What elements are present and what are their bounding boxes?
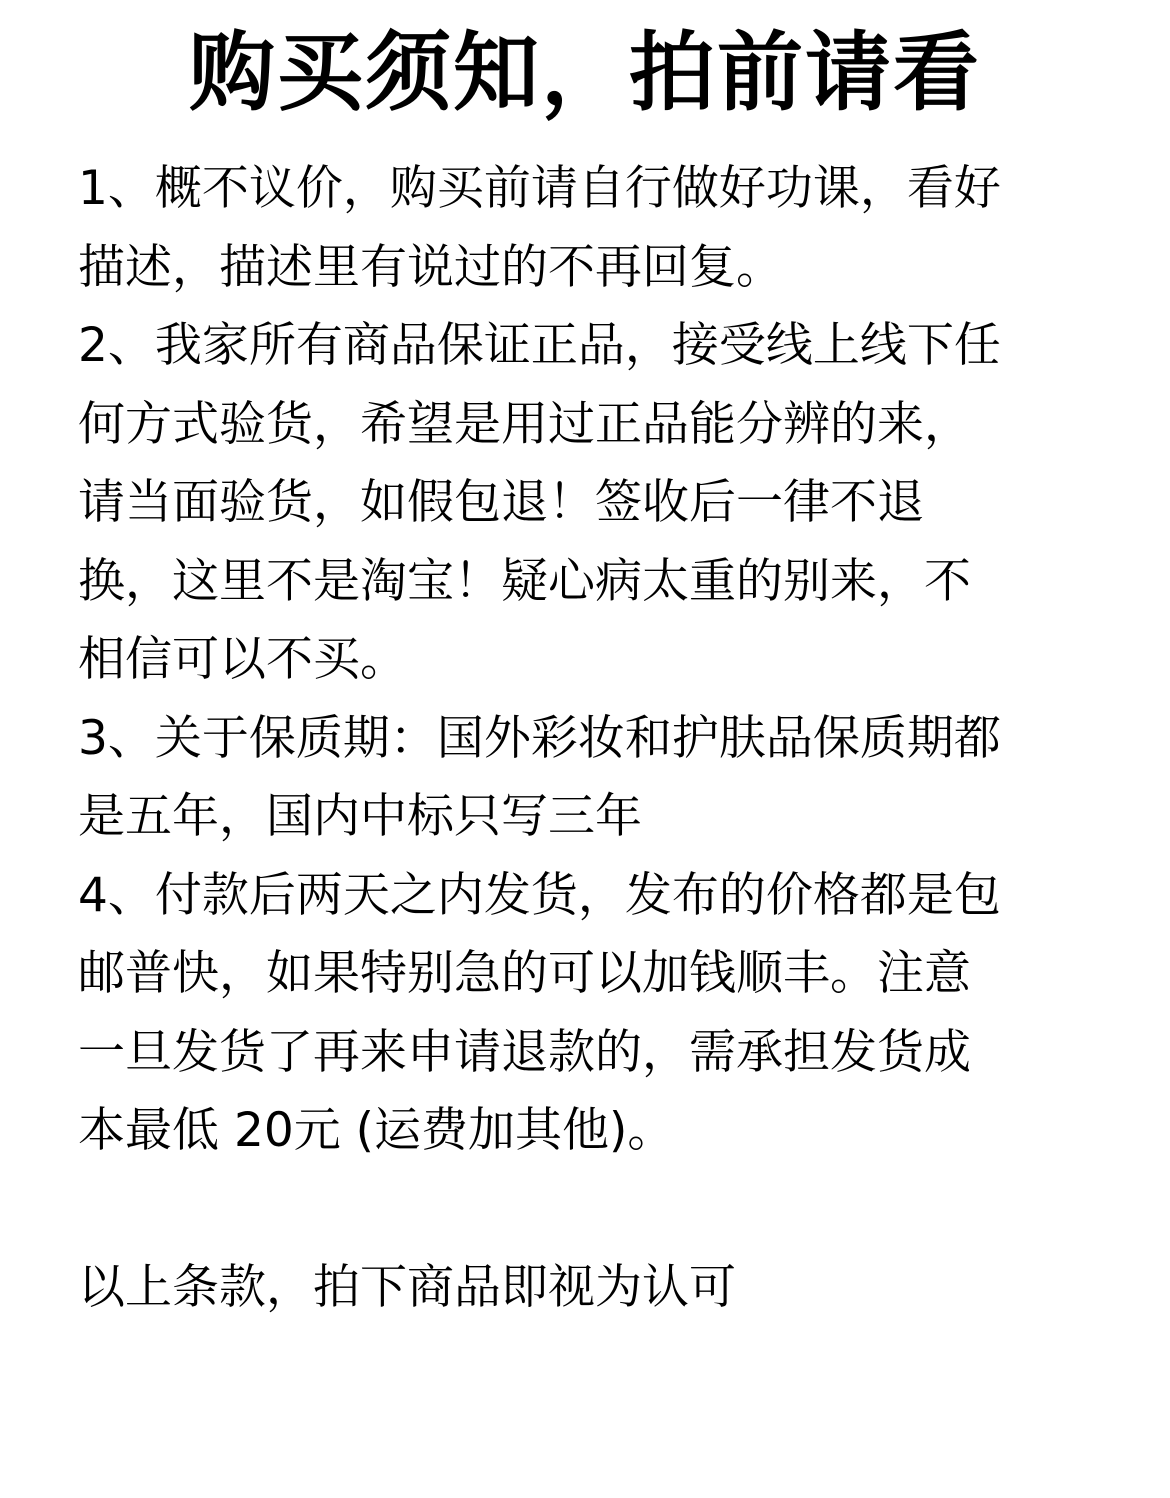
rule-4: 4、付款后两天之内发货，发布的价格都是包 邮普快，如果特别急的可以加钱顺丰。注意… [78, 857, 1108, 1171]
rule-line: 何方式验货，希望是用过正品能分辨的来， [78, 386, 1108, 465]
rule-3: 3、关于保质期：国外彩妆和护肤品保质期都 是五年，国内中标只写三年 [78, 700, 1108, 857]
purchase-terms: 1、概不议价，购买前请自行做好功课，看好 描述，描述里有说过的不再回复。 2、我… [78, 150, 1108, 1328]
rule-line: 邮普快，如果特别急的可以加钱顺丰。注意 [78, 935, 1108, 1014]
rule-line: 2、我家所有商品保证正品，接受线上线下任 [78, 307, 1108, 386]
rule-line: 4、付款后两天之内发货，发布的价格都是包 [78, 857, 1108, 936]
rule-line: 一旦发货了再来申请退款的，需承担发货成 [78, 1014, 1108, 1093]
footer-note: 以上条款，拍下商品即视为认可 [78, 1249, 1108, 1328]
rule-2: 2、我家所有商品保证正品，接受线上线下任 何方式验货，希望是用过正品能分辨的来，… [78, 307, 1108, 700]
rule-1: 1、概不议价，购买前请自行做好功课，看好 描述，描述里有说过的不再回复。 [78, 150, 1108, 307]
blank-spacer [78, 1171, 1108, 1250]
rule-line: 相信可以不买。 [78, 621, 1108, 700]
rule-line: 本最低 20元 (运费加其他)。 [78, 1092, 1108, 1171]
rule-line: 3、关于保质期：国外彩妆和护肤品保质期都 [78, 700, 1108, 779]
rule-line: 描述，描述里有说过的不再回复。 [78, 229, 1108, 308]
rule-line: 换，这里不是淘宝！疑心病太重的别来，不 [78, 543, 1108, 622]
rule-line: 是五年，国内中标只写三年 [78, 778, 1108, 857]
page-title: 购买须知，拍前请看 [0, 18, 1170, 128]
rule-line: 1、概不议价，购买前请自行做好功课，看好 [78, 150, 1108, 229]
rule-line: 请当面验货，如假包退！签收后一律不退 [78, 464, 1108, 543]
